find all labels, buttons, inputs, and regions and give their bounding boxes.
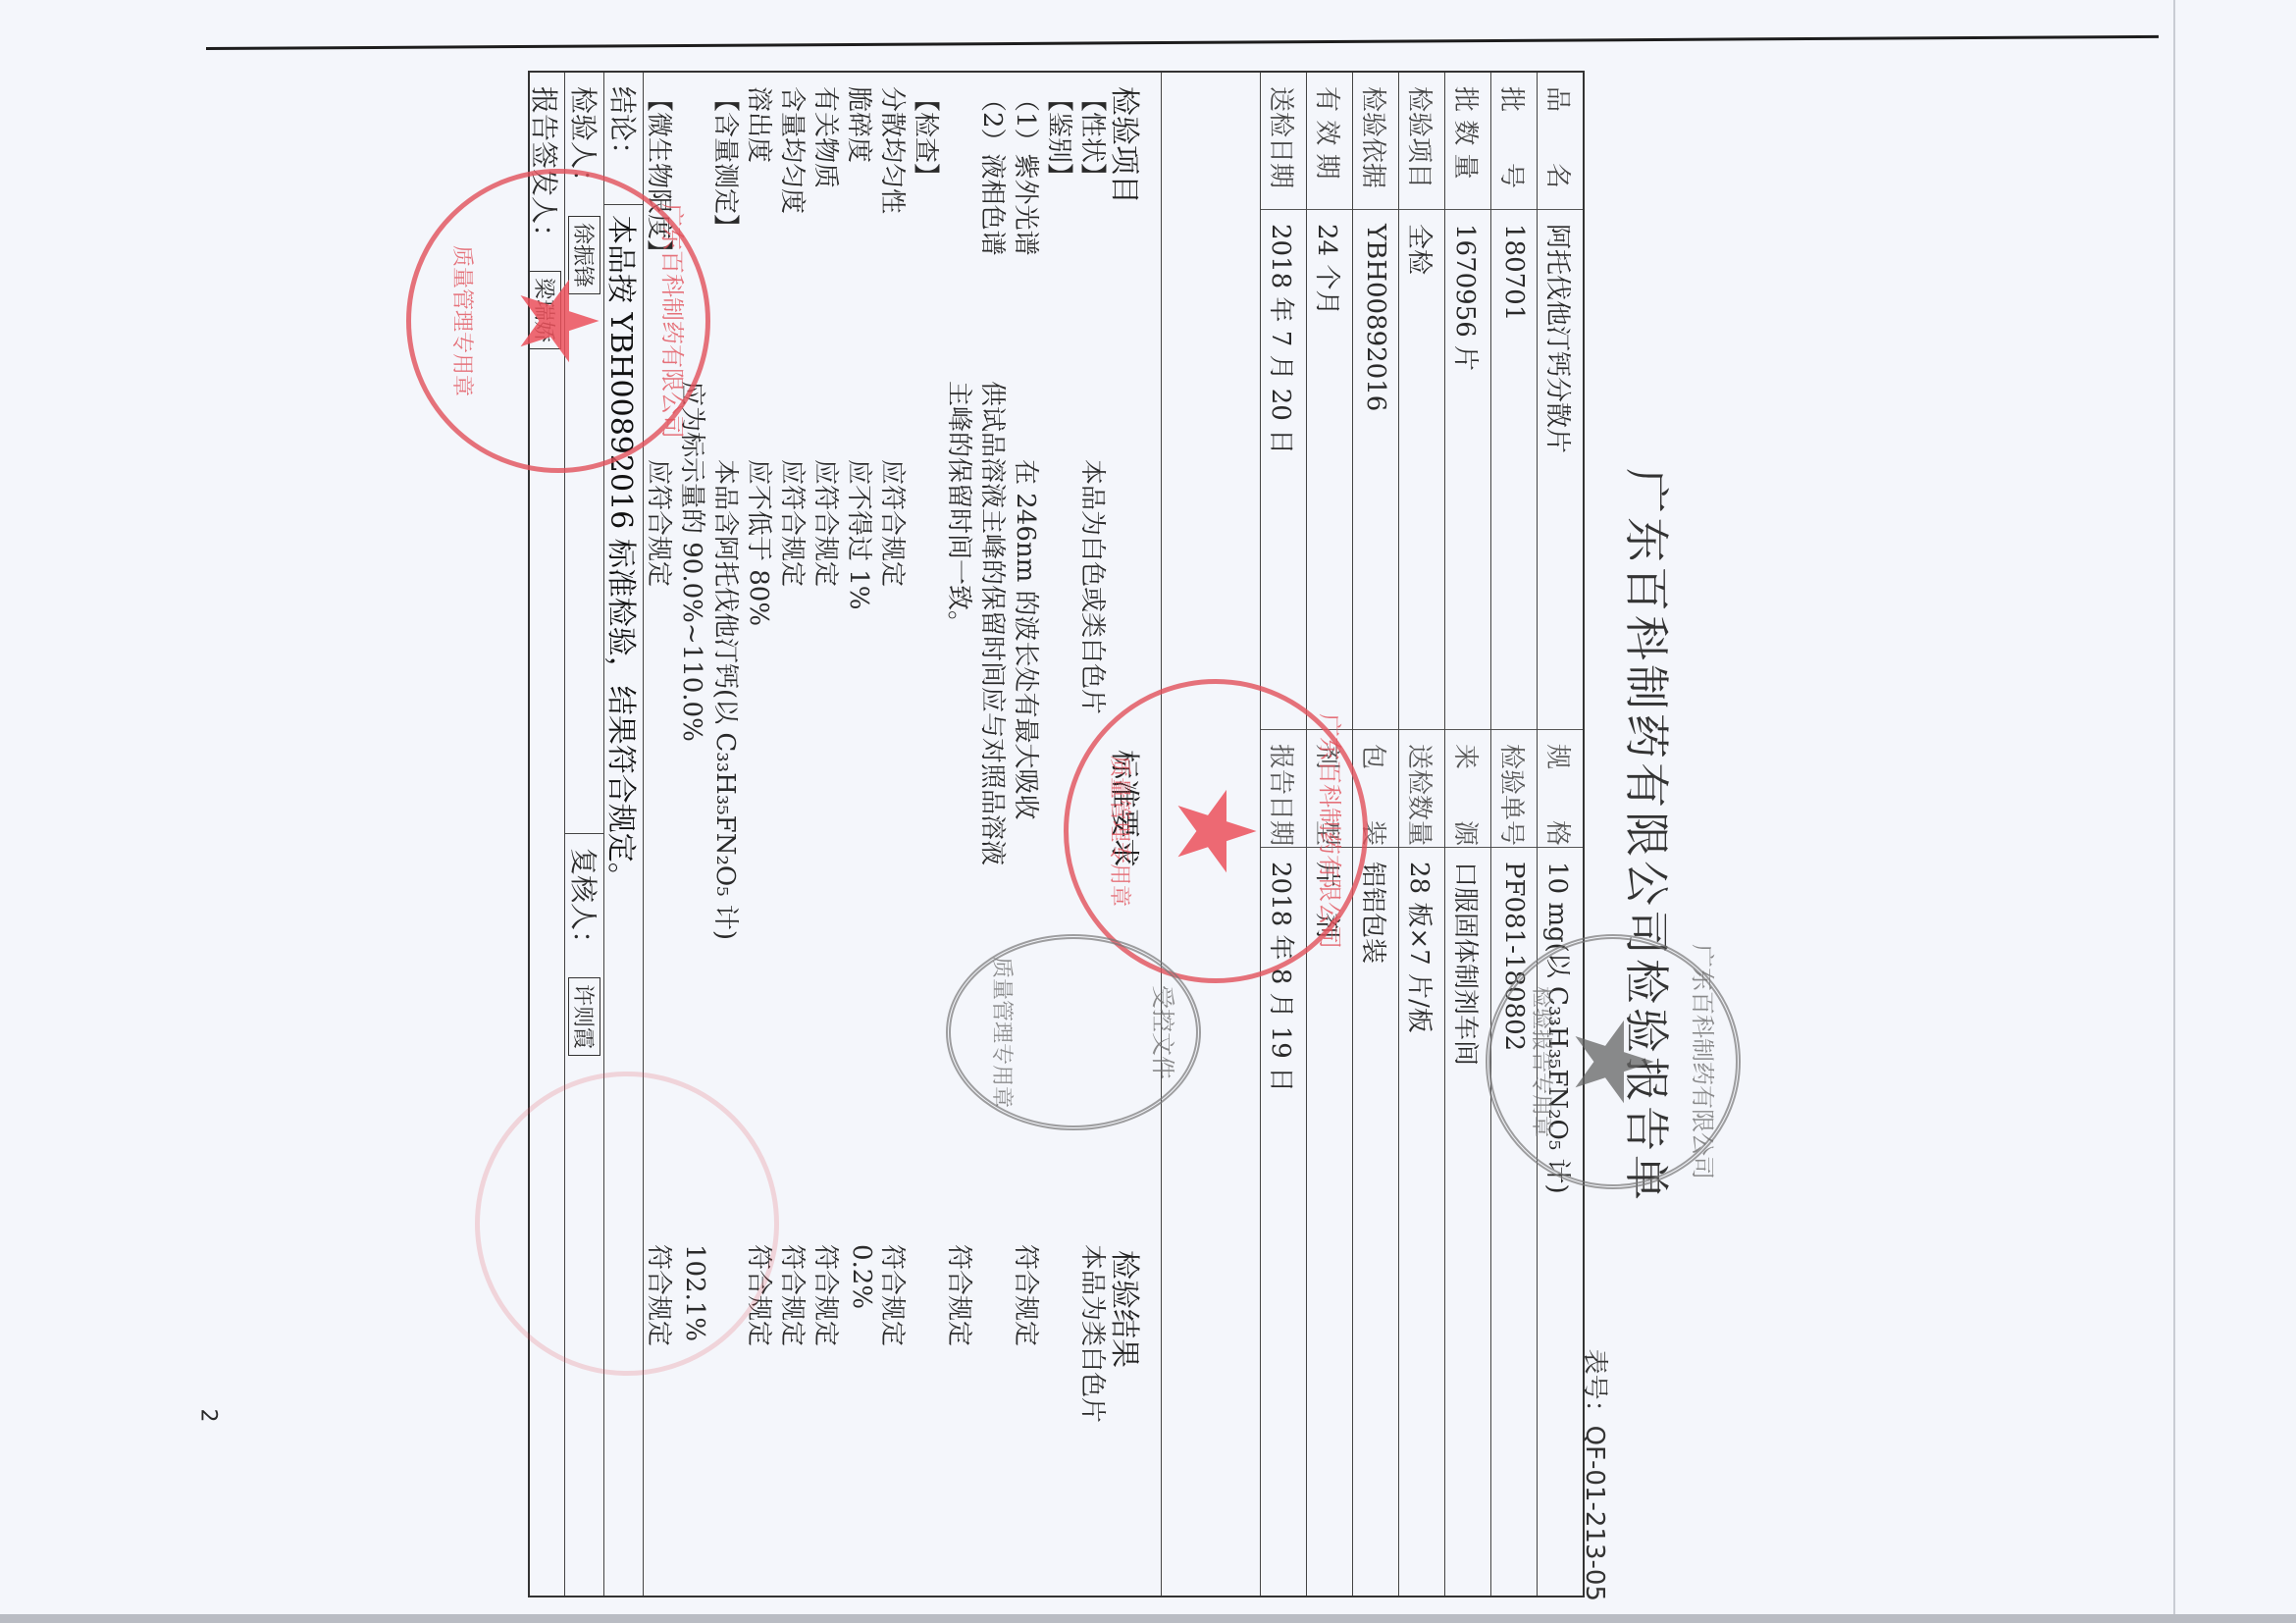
test-result: 符合规定 xyxy=(810,1244,847,1346)
result-row: 【微生物限度】应符合规定符合规定 xyxy=(645,86,678,1582)
field-value: 1670956 片 xyxy=(1445,210,1490,730)
field-value: 28 板×7 片/板 xyxy=(1399,848,1444,1596)
field-label: 送检数量 xyxy=(1399,730,1444,848)
standard-requirement: 应不得过 1% xyxy=(844,459,880,610)
test-result: 0.2% xyxy=(847,1244,876,1309)
field-value: 2018 年 8 月 19 日 xyxy=(1261,848,1306,1596)
test-result: 符合规定 xyxy=(944,1244,980,1346)
result-row: 【鉴别】 xyxy=(1045,86,1078,1582)
standard-requirement: 应符合规定 xyxy=(777,459,813,587)
conclusion-text: 本品按 YBH00892016 标准检验，结果符合规定。 xyxy=(604,205,644,1596)
field-value: 2018 年 7 月 20 日 xyxy=(1261,210,1306,730)
field-label: 规 格 xyxy=(1538,730,1583,848)
inspector-signature: 徐振锋 xyxy=(569,216,601,294)
result-row: 脆碎度应不得过 1%0.2% xyxy=(845,86,878,1582)
page-number: 2 xyxy=(196,1409,221,1423)
standard-requirement: 应符合规定 xyxy=(644,459,680,587)
test-item: 有关物质 xyxy=(810,86,847,188)
standard-requirement: 本品含阿托伐他汀钙(以 C₃₃H₃₅FN₂O₅ 计) xyxy=(710,459,747,940)
header-row: 批 号180701检验单号PF081-180802 xyxy=(1490,73,1537,1596)
inspection-report: 广东百科制药有限公司检验报告单 表号：QF-01-213-05 品 名阿托伐他汀… xyxy=(524,71,1682,1601)
test-item: （2）液相色谱 xyxy=(977,86,1014,256)
test-item: 【检查】 xyxy=(911,86,947,188)
report-title: 广东百科制药有限公司检验报告单 xyxy=(1613,71,1682,1601)
field-label: 品 名 xyxy=(1538,73,1583,210)
test-item: 脆碎度 xyxy=(844,86,880,163)
field-value: 铝铝包装 xyxy=(1353,848,1398,1596)
header-row: 品 名阿托伐他汀钙分散片规 格10 mg(以 C₃₃H₃₅FN₂O₅ 计) xyxy=(1537,73,1583,1596)
test-item: 含量均匀度 xyxy=(777,86,813,214)
results-section: 检验项目 标准要求 检验结果 【性状】本品为白色或类白色片本品为类白色片【鉴别】… xyxy=(643,73,1161,1596)
scan-top-edge xyxy=(206,35,2159,50)
test-result: 本品为类白色片 xyxy=(1077,1244,1114,1423)
test-result: 符合规定 xyxy=(1011,1244,1047,1346)
field-value: 10 mg(以 C₃₃H₃₅FN₂O₅ 计) xyxy=(1538,848,1583,1596)
result-row: 应为标示量的 90.0%~110.0%102.1% xyxy=(678,86,711,1582)
test-result: 符合规定 xyxy=(777,1244,813,1346)
result-row: 【检查】 xyxy=(912,86,945,1582)
header-row: 送检日期2018 年 7 月 20 日报告日期2018 年 8 月 19 日 xyxy=(1260,73,1306,1596)
field-value: 全检 xyxy=(1399,210,1444,730)
standard-requirement: 应为标示量的 90.0%~110.0% xyxy=(677,381,713,742)
standard-requirement: 应符合规定 xyxy=(877,459,913,587)
header-spacer xyxy=(1161,73,1260,1596)
field-value: 片 剂 xyxy=(1307,848,1352,1596)
test-item: 【性状】 xyxy=(1077,86,1114,188)
inspector-row: 检验人： 徐振锋 复核人： 许则霞 xyxy=(564,73,604,1596)
standard-requirement: 本品为白色或类白色片 xyxy=(1077,459,1114,714)
result-row: 有关物质应符合规定符合规定 xyxy=(811,86,845,1582)
field-label: 送检日期 xyxy=(1261,73,1306,210)
standard-requirement: 主峰的保留时间一致。 xyxy=(944,381,980,636)
standard-requirement: 在 246nm 的波长处有最大吸收 xyxy=(1011,459,1047,820)
standard-requirement: 应不低于 80% xyxy=(744,459,780,626)
field-label: 来 源 xyxy=(1445,730,1490,848)
result-row: 【含量测定】本品含阿托伐他汀钙(以 C₃₃H₃₅FN₂O₅ 计) xyxy=(711,86,745,1582)
field-label: 检验依据 xyxy=(1353,73,1398,210)
test-item: 【微生物限度】 xyxy=(644,86,680,265)
field-label: 批 号 xyxy=(1491,73,1537,210)
result-row: 含量均匀度应符合规定符合规定 xyxy=(778,86,811,1582)
conclusion-row: 结论： 本品按 YBH00892016 标准检验，结果符合规定。 xyxy=(603,73,644,1596)
seal-outer-text: 广东百科制药有限公司 xyxy=(1688,939,1722,1184)
test-result: 符合规定 xyxy=(744,1244,780,1346)
col-standard-header: 标准要求 xyxy=(1106,750,1149,867)
result-row: 主峰的保留时间一致。符合规定 xyxy=(945,86,978,1582)
result-row: （1）紫外光谱在 246nm 的波长处有最大吸收符合规定 xyxy=(1012,86,1045,1582)
result-row: （2）液相色谱供试品溶液主峰的保留时间应与对照品溶液 xyxy=(978,86,1012,1582)
test-item: 【鉴别】 xyxy=(1044,86,1080,188)
header-row: 检验依据YBH00892016包 装铝铝包装 xyxy=(1352,73,1398,1596)
seal-inner-text: 质量管理专用章 xyxy=(448,174,479,468)
issuer-signature: 梁瑞娇 xyxy=(530,271,562,349)
field-label: 检验单号 xyxy=(1491,730,1537,848)
result-row: 【性状】本品为白色或类白色片本品为类白色片 xyxy=(1078,86,1112,1582)
field-label: 剂 型 xyxy=(1307,730,1352,848)
test-item: 溶出度 xyxy=(744,86,780,163)
field-label: 包 装 xyxy=(1353,730,1398,848)
field-value: 阿托伐他汀钙分散片 xyxy=(1538,210,1583,730)
result-row: 溶出度应不低于 80%符合规定 xyxy=(745,86,778,1582)
conclusion-label: 结论： xyxy=(604,73,644,205)
field-value: 24 个月 xyxy=(1307,210,1352,730)
test-result: 102.1% xyxy=(680,1244,709,1341)
result-row: 分散均匀性应符合规定符合规定 xyxy=(878,86,912,1582)
test-item: （1）紫外光谱 xyxy=(1011,86,1047,256)
field-value: 口服固体制剂车间 xyxy=(1445,848,1490,1596)
field-label: 有 效 期 xyxy=(1307,73,1352,210)
header-row: 检验项目全检送检数量28 板×7 片/板 xyxy=(1398,73,1444,1596)
report-table: 品 名阿托伐他汀钙分散片规 格10 mg(以 C₃₃H₃₅FN₂O₅ 计)批 号… xyxy=(528,71,1585,1597)
scan-bottom-edge xyxy=(0,1614,2296,1623)
field-value: 180701 xyxy=(1491,210,1537,730)
inspector-label: 检验人： xyxy=(565,86,604,196)
field-label: 检验项目 xyxy=(1399,73,1444,210)
test-result: 符合规定 xyxy=(877,1244,913,1346)
field-label: 批 数 量 xyxy=(1445,73,1490,210)
field-value: YBH00892016 xyxy=(1353,210,1398,730)
issuer-label: 报告签发人： xyxy=(526,86,565,251)
issuer-row: 报告签发人： 梁瑞娇 xyxy=(526,73,565,1596)
standard-requirement: 应符合规定 xyxy=(810,459,847,587)
standard-requirement: 供试品溶液主峰的保留时间应与对照品溶液 xyxy=(977,381,1014,865)
header-row: 批 数 量1670956 片来 源口服固体制剂车间 xyxy=(1444,73,1490,1596)
scan-right-edge xyxy=(2173,0,2175,1623)
field-value: PF081-180802 xyxy=(1491,848,1537,1596)
header-row: 有 效 期24 个月剂 型片 剂 xyxy=(1306,73,1352,1596)
test-item: 分散均匀性 xyxy=(877,86,913,214)
reviewer-label: 复核人： xyxy=(565,848,604,958)
reviewer-signature: 许则霞 xyxy=(569,977,601,1056)
test-item: 【含量测定】 xyxy=(710,86,747,239)
field-label: 报告日期 xyxy=(1261,730,1306,848)
test-result: 符合规定 xyxy=(644,1244,680,1346)
